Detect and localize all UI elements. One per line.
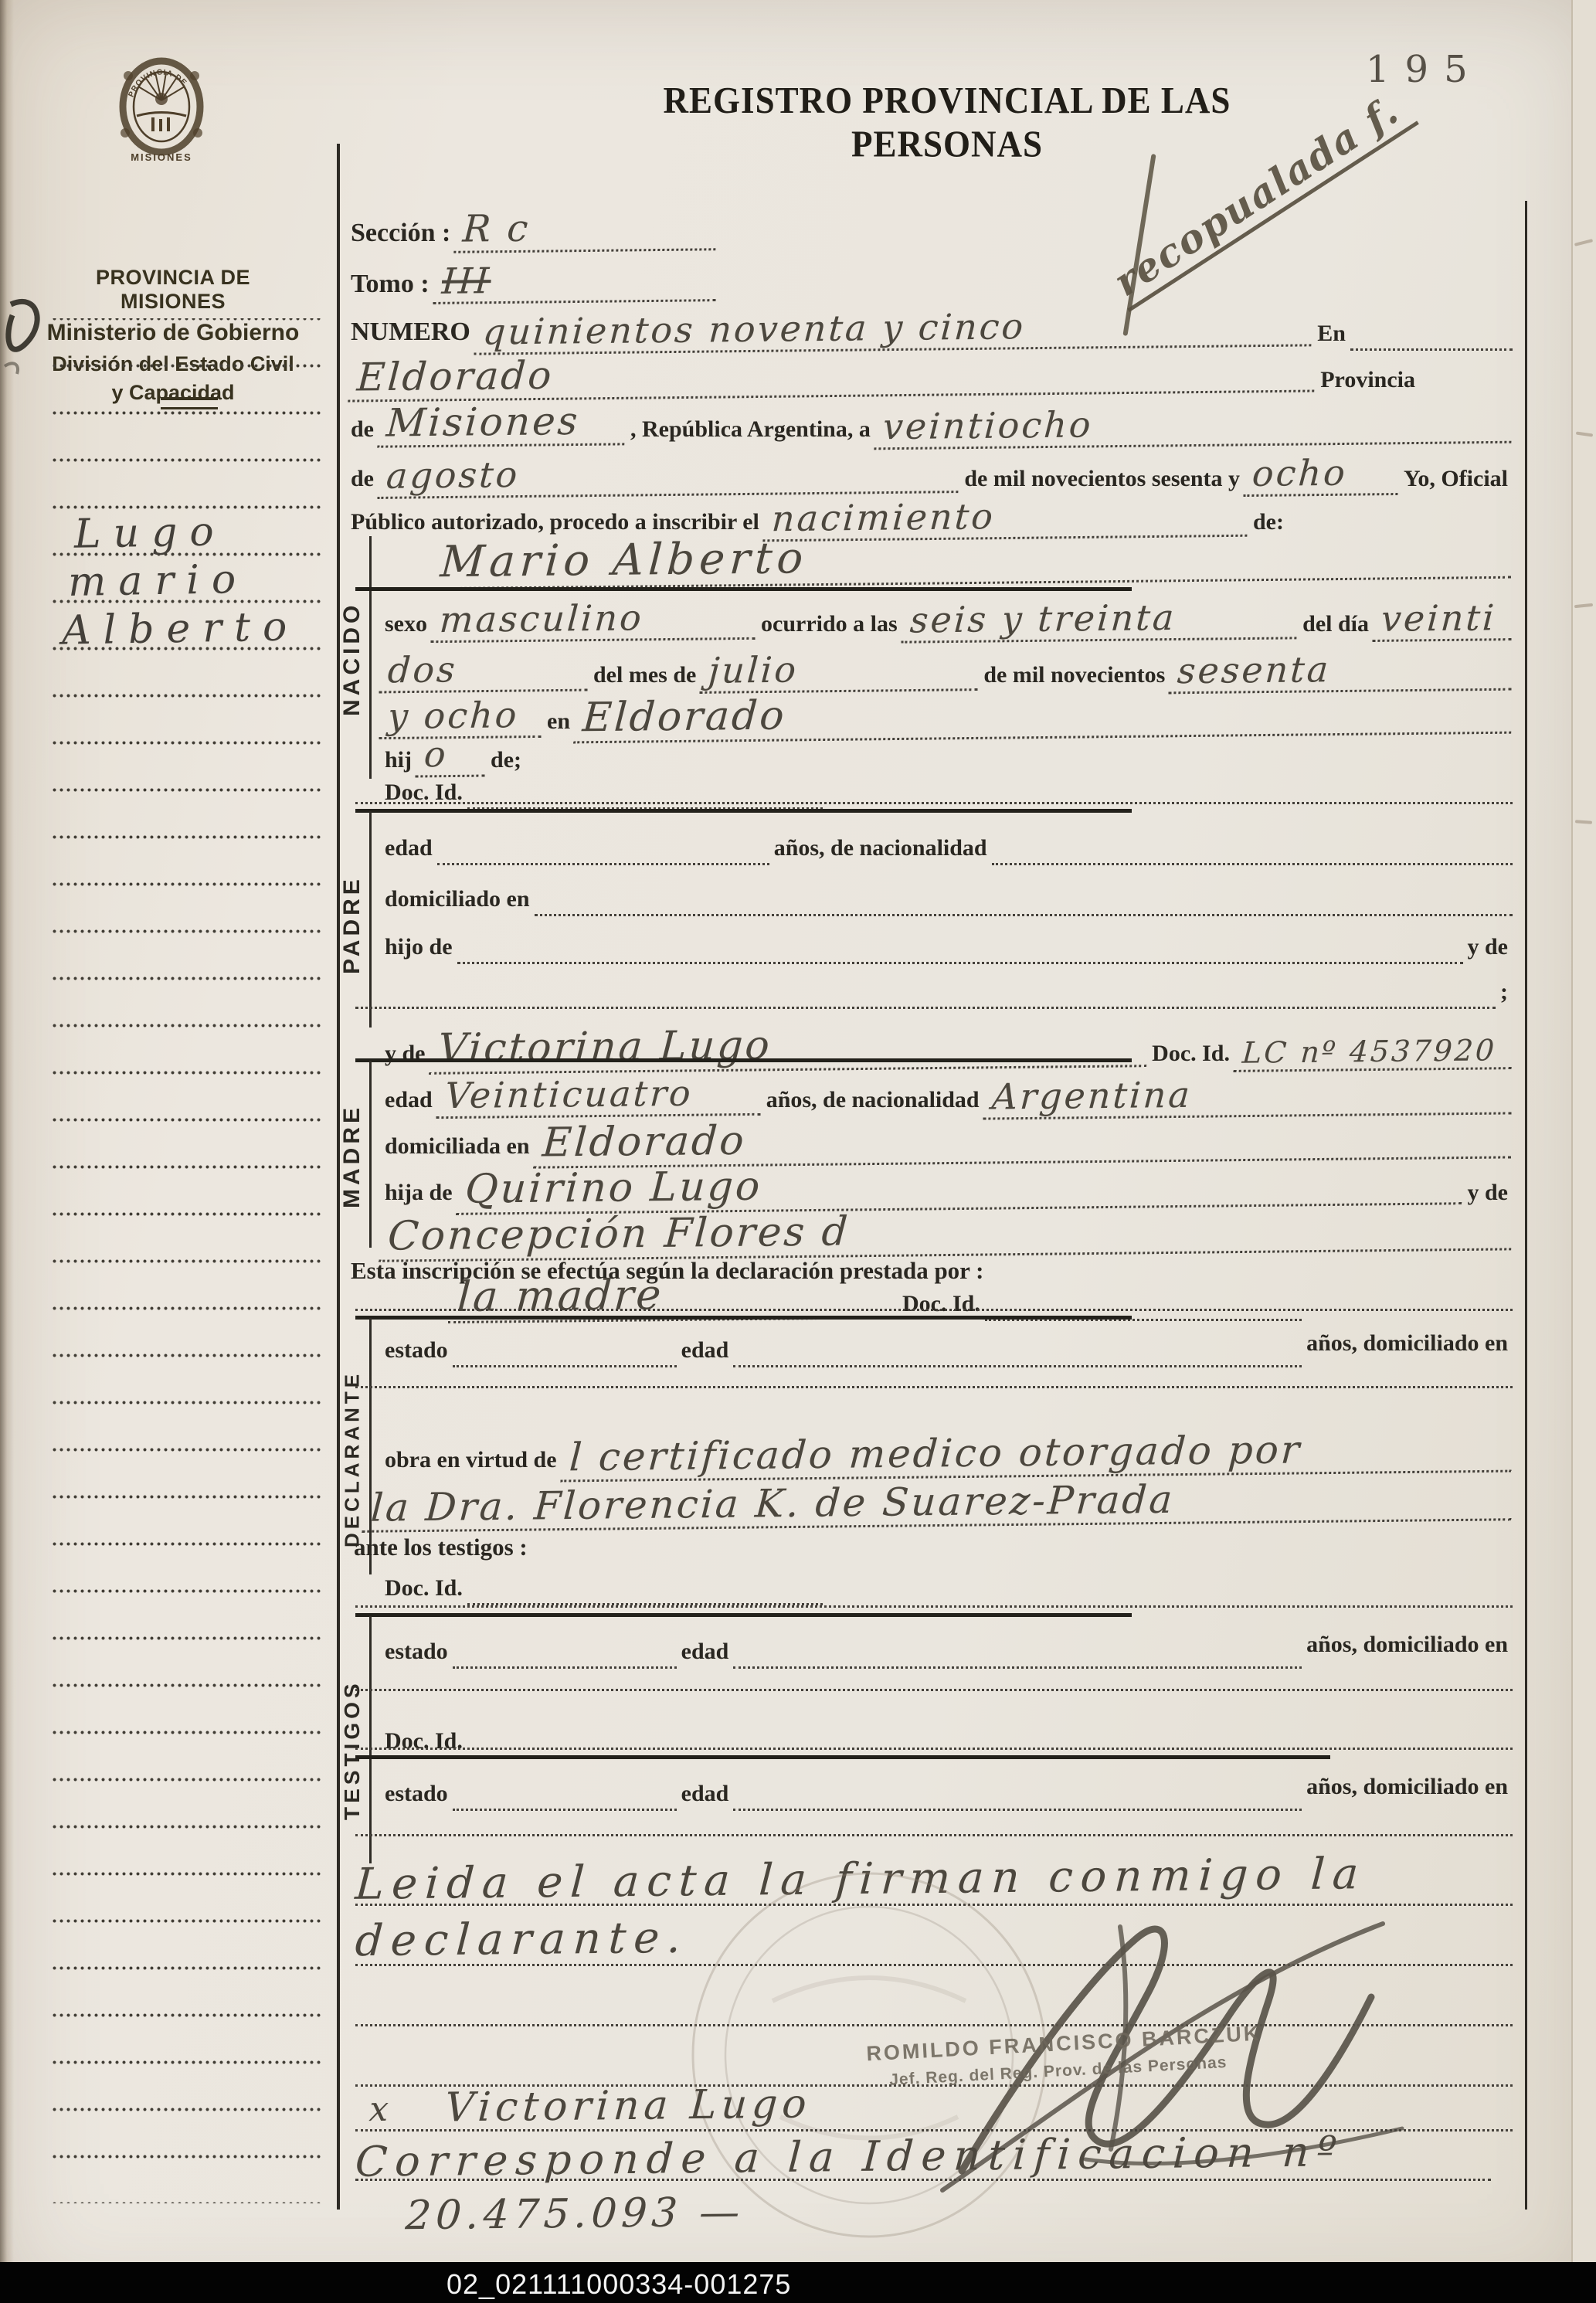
margin-firstname: mario [67, 556, 248, 606]
en-label: En [1312, 321, 1350, 351]
anos-domiciliado-label: años, domiciliado en [1302, 1774, 1513, 1811]
testigo2-docid-row: Doc. Id. [380, 1723, 1513, 1758]
madre-docid-value: LC nº 4537920 [1234, 1033, 1514, 1072]
scanned-birth-record-page: REGISTRO PROVINCIAL DE LAS PERSONAS 195 … [0, 0, 1596, 2303]
form-right-border [1525, 201, 1527, 2210]
hijo-de-row: hij o de; [380, 739, 635, 777]
mil-novecientos-label: de mil novecientos sesenta y [959, 466, 1245, 496]
edad-label: edad [677, 1639, 734, 1669]
lugar-value: Eldorado [348, 345, 1317, 402]
del-mes-label: del mes de [589, 662, 701, 692]
anio-value: ocho [1243, 451, 1400, 497]
lugar-row: Eldorado Provincia [349, 354, 1513, 397]
padre-blank-row: ; [355, 969, 1513, 1009]
tomo-value: III [433, 257, 718, 304]
heavy-rule [355, 587, 1132, 591]
y-de-label: y de [380, 1041, 430, 1071]
org-line: PROVINCIA DE MISIONES [40, 266, 306, 314]
dotted-rule [355, 1605, 1513, 1608]
dia-value: veintiocho [874, 399, 1513, 450]
ante-testigos-label: ante los testigos : [349, 1534, 532, 1565]
sexo-value: masculino [430, 596, 757, 643]
edad-label: edad [677, 1337, 734, 1367]
doc-id-label: Doc. Id. [380, 1728, 467, 1758]
padre-domicilio-row: domiciliado en [380, 871, 1513, 916]
dotted-blank [437, 822, 769, 865]
scan-footer-bar [0, 2262, 1596, 2303]
firma-nombre: Victorina Lugo [436, 2081, 820, 2131]
identificacion-numero: 20.475.093 — [396, 2189, 753, 2240]
page-title: REGISTRO PROVINCIAL DE LAS PERSONAS [576, 79, 1318, 165]
fecha-row: de agosto de mil novecientos sesenta y o… [346, 451, 1513, 496]
seccion-label: Sección : [346, 219, 455, 252]
dotted-blank [457, 919, 1463, 964]
dotted-blank [1350, 304, 1513, 351]
madre-divider [369, 1061, 372, 1248]
heavy-rule [355, 1755, 1330, 1759]
seal-bottom-text: MISIONES [131, 151, 192, 163]
dia-parte1-value: veinti [1372, 596, 1513, 642]
dotted-blank [453, 1625, 677, 1669]
dotted-blank [467, 1723, 823, 1758]
sexo-label: sexo [380, 611, 432, 641]
medico-row: la Dra. Florencia K. de Suarez-Prada [363, 1479, 1513, 1527]
hora-value: seis y treinta [901, 595, 1299, 643]
doc-id-label: Doc. Id. [380, 1575, 467, 1605]
madre-nombre-row: y de Victorina Lugo Doc. Id. LC nº 45379… [380, 1023, 1513, 1071]
edad-label: edad [380, 1087, 437, 1117]
sexo-row: sexo masculino ocurrido a las seis y tre… [380, 598, 1513, 641]
provincial-seal: PROVINCIA DE MISIONES [114, 54, 209, 165]
dotted-blank [535, 871, 1513, 916]
semicolon-label: ; [1496, 979, 1513, 1009]
testigo2-estado-row: estado edad años, domiciliado en [380, 1768, 1513, 1811]
de-label: de [346, 466, 379, 496]
estado-label: estado [380, 1639, 453, 1669]
dotted-blank [985, 1276, 1302, 1321]
dotted-rule [355, 1386, 1513, 1388]
del-dia-label: del día [1298, 611, 1374, 641]
nombre-nacido-value: Mario Alberto [431, 526, 1514, 590]
edad-label: edad [677, 1781, 734, 1811]
padre-edad-row: edad años, de nacionalidad [380, 822, 1513, 865]
anos-domiciliado-label: años, domiciliado en [1302, 1632, 1513, 1669]
cierre-linea2: declarante. [346, 1913, 698, 1967]
dotted-rule [355, 1748, 1513, 1750]
lugar-nac-value: Eldorado [573, 685, 1514, 744]
mes-nac-value: julio [700, 647, 980, 694]
dotted-rule [355, 1309, 1513, 1311]
republica-label: , República Argentina, a [626, 416, 875, 447]
dotted-blank [453, 1768, 677, 1811]
heavy-rule [355, 1058, 1132, 1062]
edge-mark [1575, 820, 1592, 824]
padre-hijo-de-row: hijo de y de [380, 919, 1513, 964]
dotted-rule [355, 2179, 1491, 2181]
dotted-blank [733, 1324, 1302, 1367]
provincia-row: de Misiones , República Argentina, a vei… [346, 402, 1513, 447]
dotted-blank [733, 1625, 1302, 1669]
seccion-row: Sección : R c [346, 210, 717, 252]
anos-nacionalidad-label: años, de nacionalidad [769, 835, 992, 865]
madre-edad-value: Veinticuatro [436, 1072, 762, 1119]
edge-mark [1574, 603, 1593, 608]
tomo-label: Tomo : [346, 270, 434, 303]
hija-de-label: hija de [380, 1180, 457, 1210]
margin-ink-scribble [0, 292, 54, 385]
page-number: 195 [1366, 48, 1483, 91]
provincia-value: Misiones [377, 398, 627, 447]
ocurrido-label: ocurrido a las [756, 611, 902, 641]
dotted-rule [355, 1689, 1513, 1691]
archive-code: 02_021111000334-001275 [447, 2268, 791, 2301]
ante-testigos-row: ante los testigos : [349, 1531, 813, 1565]
estado-label: estado [380, 1781, 453, 1811]
testigos-divider [369, 1616, 372, 1863]
doc-id-label: Doc. Id. [380, 780, 467, 810]
madre-nombre-value: Victorina Lugo [429, 1018, 1149, 1075]
estado-label: estado [380, 1337, 453, 1367]
de-label: de [346, 416, 379, 447]
margin-surname: Lugo [73, 508, 226, 557]
seccion-value: R c [454, 205, 718, 253]
abuela-materna-row: Concepción Flores d [380, 1210, 1513, 1256]
margin-middlename: Alberto [61, 603, 299, 654]
de-mil-nov-label: de mil novecientos [979, 662, 1170, 692]
tomo-row: Tomo : III [346, 261, 717, 303]
declarante-estado-row: estado edad años, domiciliado en [380, 1324, 1513, 1367]
anos-domiciliado-label: años, domiciliado en [1302, 1330, 1513, 1367]
heavy-rule [355, 1613, 1132, 1617]
testigo1-estado-row: estado edad años, domiciliado en [380, 1625, 1513, 1669]
firma-declarante-row: x Victorina Lugo [362, 2084, 902, 2129]
heavy-rule [355, 1316, 1132, 1320]
dotted-blank [355, 969, 1496, 1009]
y-de-label: y de [1463, 934, 1513, 964]
lugar-nac-row: y ocho en Eldorado [380, 694, 1513, 739]
nacido-divider [369, 536, 372, 779]
madre-section-label: MADRE [335, 1091, 369, 1222]
heavy-rule [355, 809, 1132, 813]
madre-edad-row: edad Veinticuatro años, de nacionalidad … [380, 1072, 1513, 1117]
obra-row: obra en virtud de l certificado medico o… [380, 1429, 1513, 1477]
dotted-blank [453, 1324, 677, 1367]
numero-label: NUMERO [346, 318, 475, 351]
certificado-value: l certificado medico otorgado por [560, 1425, 1514, 1483]
hijo-sufijo-value: o [415, 733, 487, 778]
en-min-label: en [542, 708, 575, 739]
declarante-quien-row: la madre Doc. Id. [380, 1276, 1513, 1321]
adjacent-page-edge [1571, 0, 1596, 2303]
nombre-row: Mario Alberto [402, 538, 1513, 584]
obra-label: obra en virtud de [380, 1447, 562, 1477]
edge-mark [1574, 239, 1593, 246]
domiciliado-label: domiciliado en [380, 886, 535, 916]
medico-value: la Dra. Florencia K. de Suarez-Prada [362, 1473, 1514, 1533]
abuela-materna-value: Concepción Flores d [379, 1201, 1514, 1262]
provincia-label: Provincia [1316, 367, 1420, 397]
dotted-blank [467, 1567, 823, 1605]
testigo1-docid-row: Doc. Id. [380, 1567, 1513, 1605]
anos-nacionalidad-label: años, de nacionalidad [762, 1087, 984, 1117]
nacido-section-label: NACIDO [335, 576, 369, 742]
dotted-rule [355, 1834, 1513, 1836]
numero-row: NUMERO quinientos noventa y cinco En [346, 304, 1513, 351]
dotted-blank [733, 1768, 1302, 1811]
domiciliada-label: domiciliada en [380, 1133, 535, 1163]
yo-oficial-label: Yo, Oficial [1399, 466, 1513, 496]
hijo-de-label: hijo de [380, 934, 457, 964]
mes-row: dos del mes de julio de mil novecientos … [380, 647, 1513, 692]
testigos-section-label: TESTIGOS [335, 1653, 369, 1846]
dotted-rule [355, 802, 1513, 804]
edge-mark [1576, 431, 1593, 436]
doc-id-label: Doc. Id. [1147, 1041, 1234, 1071]
dotted-blank [992, 822, 1513, 865]
mes-value: agosto [377, 449, 961, 499]
firma-x: x [360, 2090, 399, 2130]
dia-parte2-value: dos [379, 647, 589, 694]
edad-label: edad [380, 835, 437, 865]
